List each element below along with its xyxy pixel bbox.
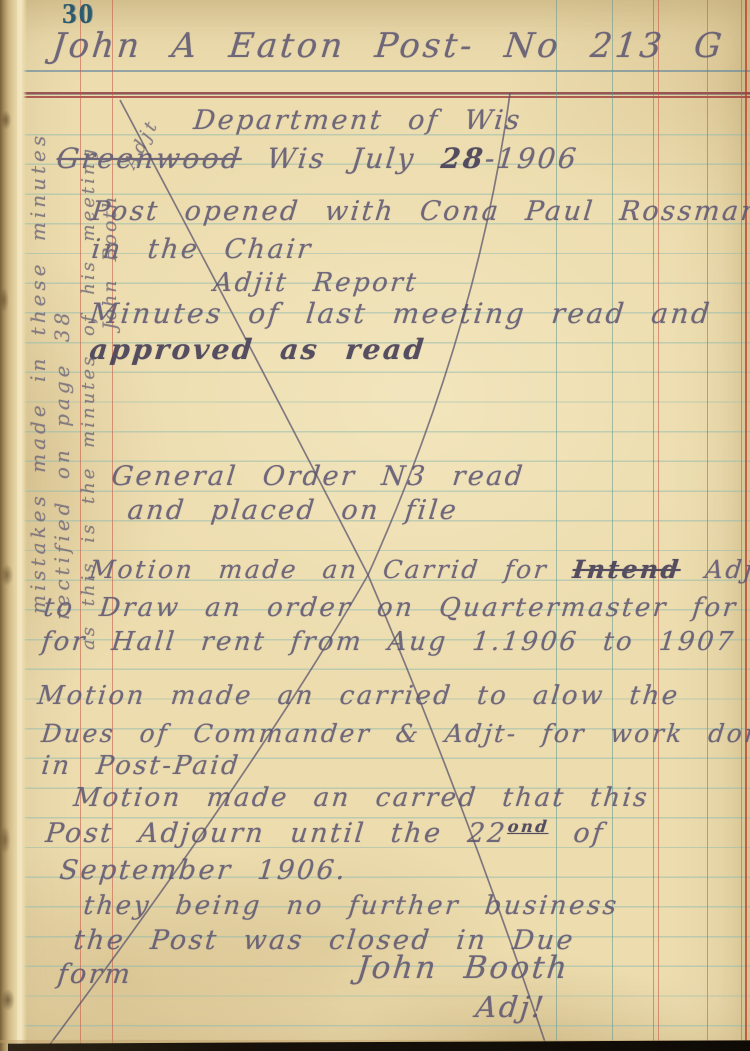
general-order-line: General Order N3 read — [110, 461, 526, 492]
minutes-read-line: Minutes of last meeting read and — [88, 297, 713, 330]
column-line-red-1 — [653, 0, 654, 1051]
motion2-line3: in Post-Paid — [40, 751, 242, 781]
motion3-line3: September 1906. — [58, 855, 349, 886]
dateline-mid: Wis July — [240, 142, 443, 175]
edge-line-red-1 — [741, 0, 742, 1051]
column-line-red-2 — [658, 0, 659, 1051]
dateline-day: 28 — [439, 142, 486, 175]
in-the-chair-line: in the Chair — [90, 234, 314, 265]
motion3-line1: Motion made an carred that this — [72, 783, 651, 813]
dateline-year: -1906 — [483, 142, 580, 175]
motion3-text: Post Adjourn until the 22 — [44, 818, 509, 849]
ledger-page: 30 John A Eaton Post- No 213 G A R Depar… — [0, 0, 750, 1051]
motion3-line2: Post Adjourn until the 22ond of — [44, 817, 607, 849]
adjt-report-heading: Adjit Report — [212, 268, 420, 298]
binding-edge — [0, 0, 27, 1051]
margin-note-rectified: rectified on page 38 — [50, 309, 74, 620]
post-title-line: John A Eaton Post- No 213 G A R — [50, 26, 750, 66]
motion1-struck-word: Intend — [571, 555, 682, 584]
column-line-red-3 — [707, 0, 708, 1051]
signature-name: John Booth — [355, 950, 571, 986]
motion2-line2: Dues of Commander & Adjt- for work done — [40, 719, 750, 748]
placed-on-file-line: and placed on file — [126, 495, 460, 526]
motion1-line2: to Draw an order on Quartermaster for — [42, 593, 739, 623]
motion3-tail: of — [547, 818, 607, 849]
motion1-tail: Adjt- — [679, 555, 750, 584]
margin-note-john-booth: John Booth — [99, 195, 121, 330]
motion2-line1: Motion made an carried to alow the — [36, 681, 681, 711]
motion1-line3: for Hall rent from Aug 1.1906 to 1907 — [40, 627, 737, 657]
approved-line: approved as read — [88, 333, 428, 366]
signature-role: Adj! — [474, 990, 548, 1024]
motion3-superscript: ond — [507, 817, 550, 836]
closing-line1: they being no further business — [82, 891, 620, 921]
post-opened-line: Post opened with Cona Paul Rossman — [90, 196, 750, 227]
motion1-text: Motion made an Carrid for — [88, 555, 574, 584]
closing-line3: form — [56, 959, 134, 990]
motion1-line: Motion made an Carrid for Intend Adjt- — [88, 555, 750, 584]
edge-line-red-2 — [745, 0, 748, 1051]
margin-note-as-this: as this is the minutes of his meeting — [78, 146, 99, 650]
margin-note-mistakes: mistakes made in these minutes — [26, 132, 50, 614]
department-line: Department of Wis — [192, 105, 524, 136]
binding-torn-edge — [17, 0, 22, 1051]
